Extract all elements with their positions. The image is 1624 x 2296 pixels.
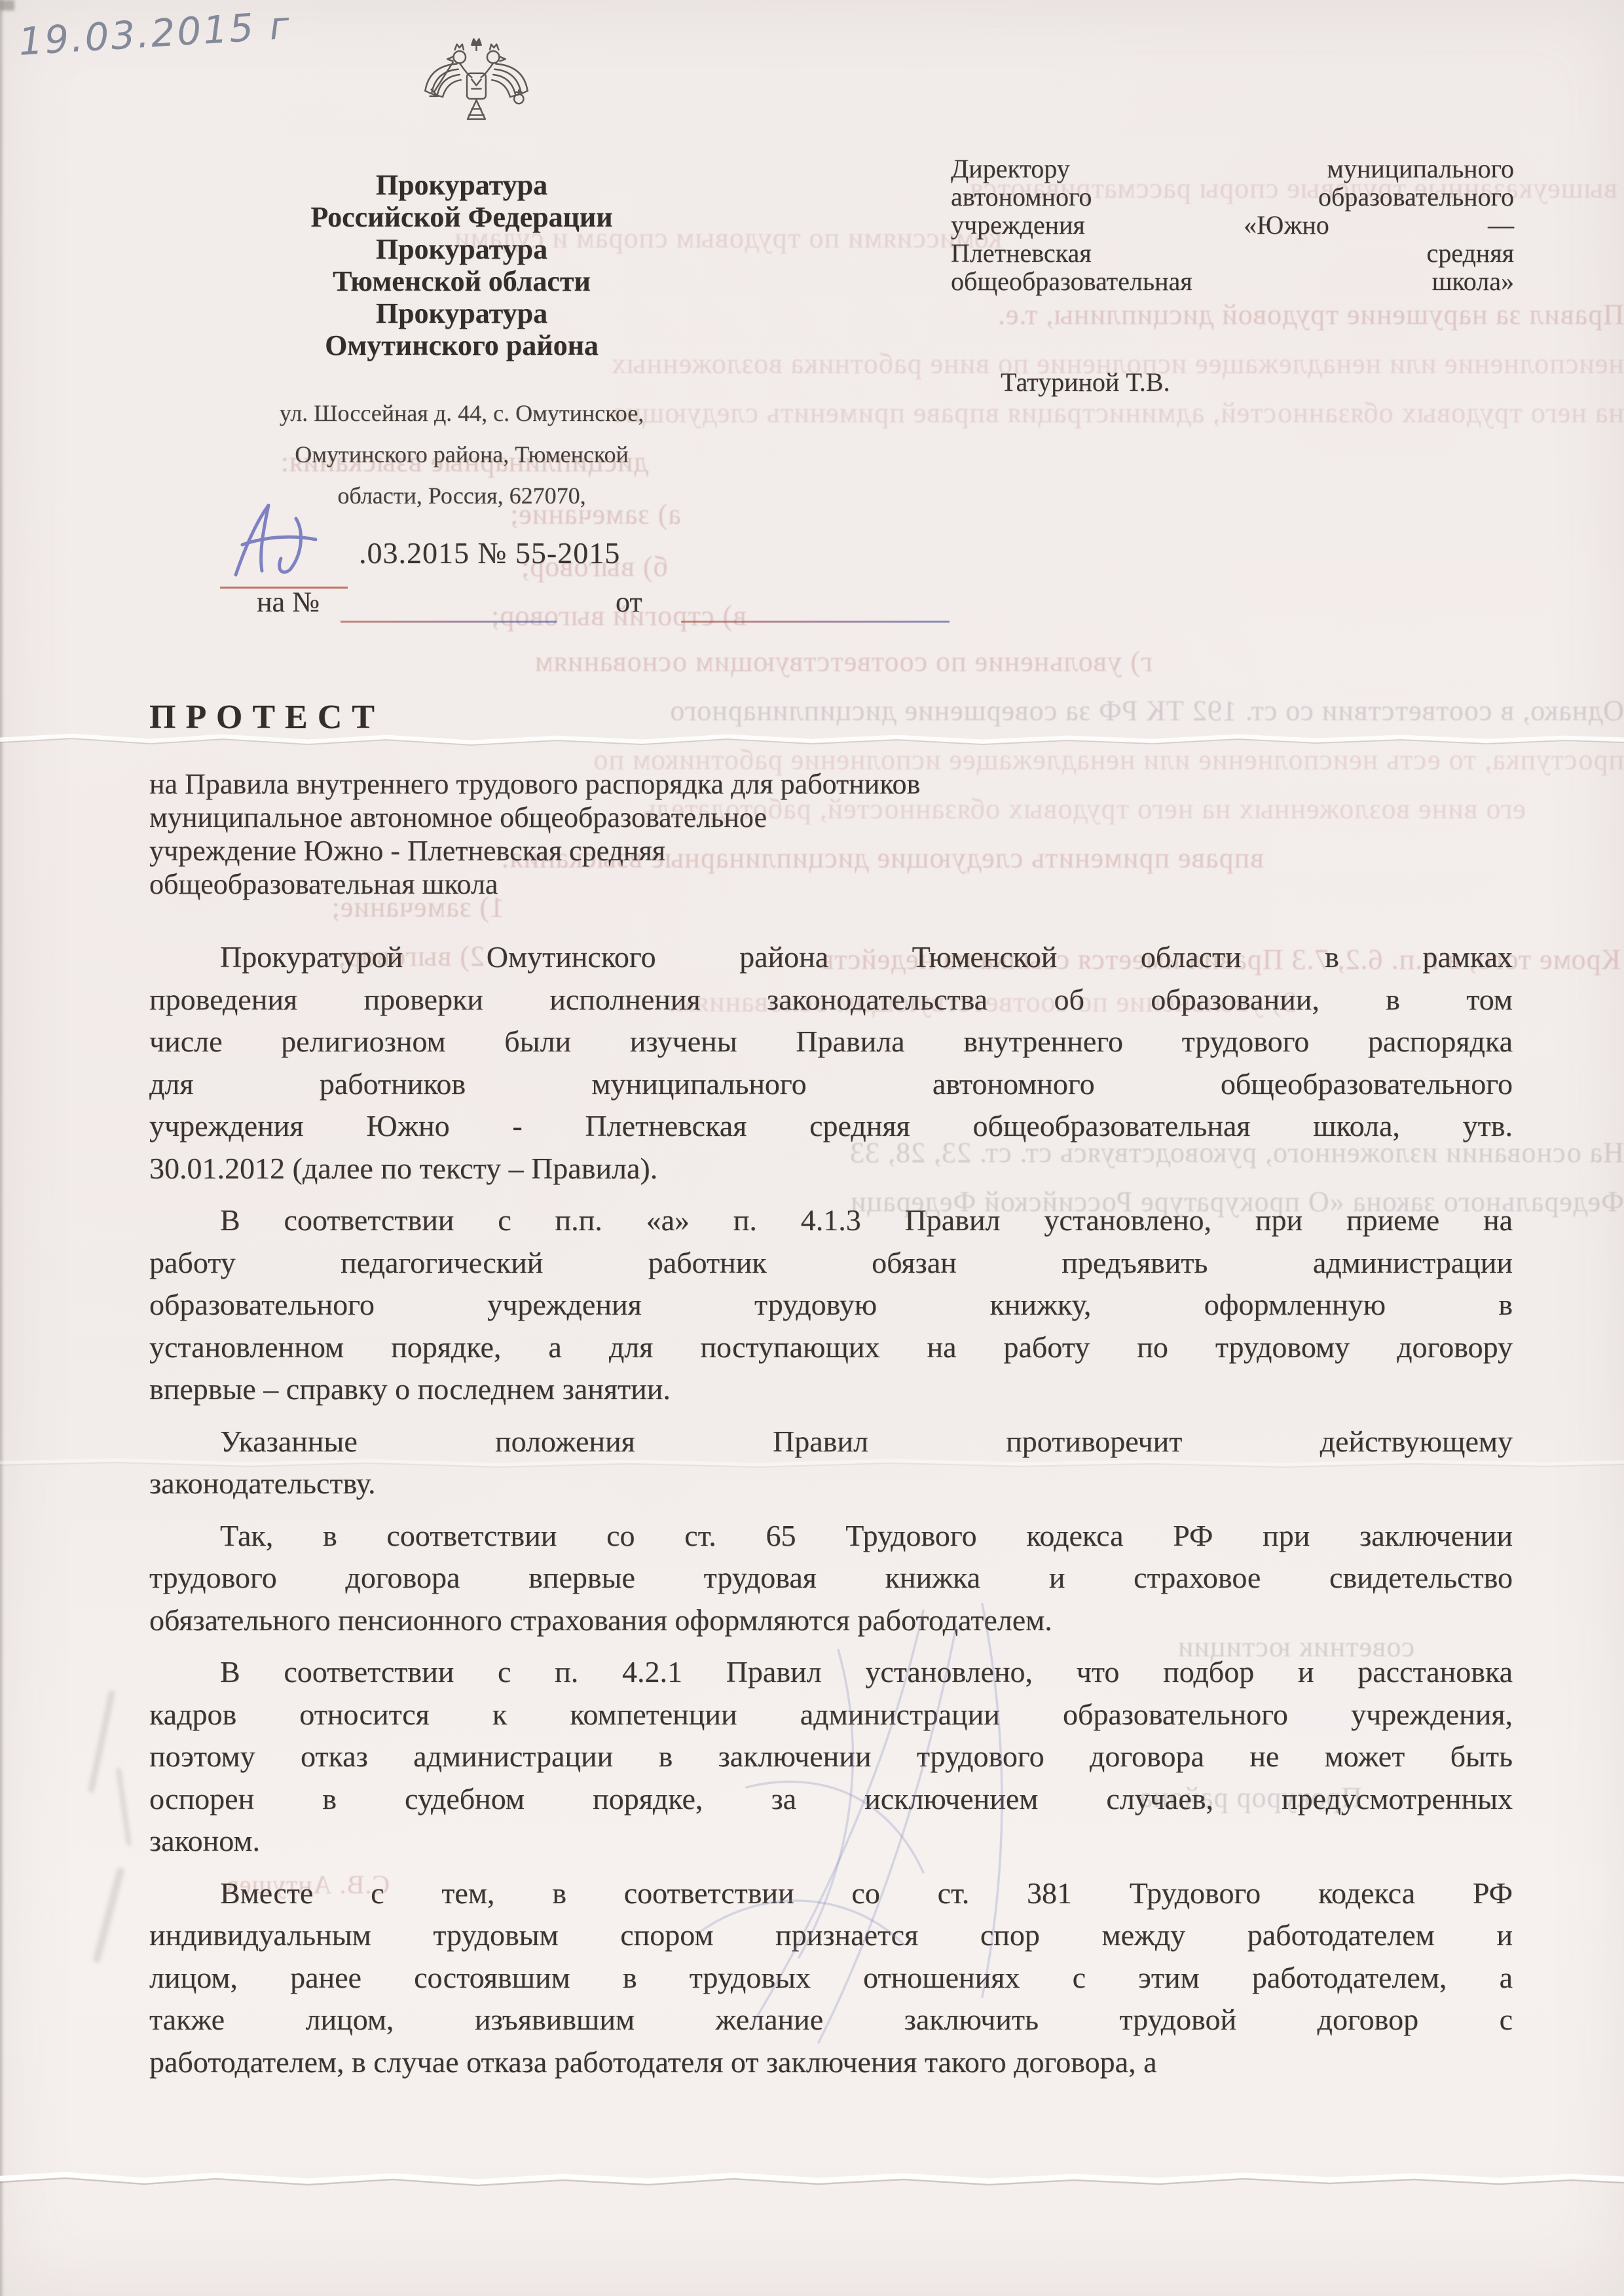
letterhead-line: Прокуратура xyxy=(170,297,753,329)
body-line: числе религиозном были изучены Правила в… xyxy=(149,1021,1513,1063)
recipient-line: общеобразовательная школа» xyxy=(951,267,1514,295)
body-line: кадров относится к компетенции администр… xyxy=(149,1694,1513,1736)
body-line: Так, в соответствии со ст. 65 Трудового … xyxy=(149,1515,1513,1558)
body-line: обязательного пенсионного страхования оф… xyxy=(149,1599,1513,1642)
reference-underline xyxy=(341,621,557,623)
recipient-line: автономного образовательного xyxy=(951,183,1514,211)
smudge-mark xyxy=(116,1768,132,1846)
protest-subject: на Правила внутреннего трудового распоря… xyxy=(149,767,1263,901)
document-page: вышеуказанные трудовые споры рассматрива… xyxy=(0,0,1624,2296)
subject-line: муниципальное автономное общеобразовател… xyxy=(149,801,1263,834)
body-line: В соответствии с п. 4.2.1 Правил установ… xyxy=(149,1651,1513,1694)
letterhead-line: Омутинского района xyxy=(170,329,753,361)
paragraph: Так, в соответствии со ст. 65 Трудового … xyxy=(149,1515,1513,1642)
protest-title: ПРОТЕСТ xyxy=(149,698,384,737)
reference-ot-label: от xyxy=(616,585,642,619)
handwritten-day-scribble xyxy=(216,498,357,589)
body-line: 30.01.2012 (далее по тексту – Правила). xyxy=(149,1148,1513,1190)
body-line: работу педагогический работник обязан пр… xyxy=(149,1242,1513,1285)
letterhead-line: Российской Федерации xyxy=(170,201,753,233)
paragraph: В соответствии с п. 4.2.1 Правил установ… xyxy=(149,1651,1513,1863)
recipient-line: Плетневская средняя xyxy=(951,239,1514,267)
recipient-line: Директору муниципального xyxy=(951,155,1514,183)
subject-line: общеобразовательная школа xyxy=(149,867,1263,901)
address-line: Омутинского района, Тюменской xyxy=(170,434,753,475)
letterhead-line: Тюменской области xyxy=(170,265,753,297)
body-line: законом. xyxy=(149,1820,1513,1863)
body-line: работодателем, в случае отказа работодат… xyxy=(149,2041,1513,2084)
recipient-line: учреждения «Южно — xyxy=(951,211,1514,239)
smudge-mark xyxy=(92,1867,125,1963)
handwritten-date: 19.03.2015 г xyxy=(17,0,360,64)
body-line: впервые – справку о последнем занятии. xyxy=(149,1368,1513,1411)
document-number: .03.2015 № 55-2015 xyxy=(359,536,620,570)
body-text: Прокуратурой Омутинского района Тюменско… xyxy=(149,936,1513,2093)
paragraph: Указанные положения Правил противоречит … xyxy=(149,1421,1513,1505)
body-line: Вместе с тем, в соответствии со ст. 381 … xyxy=(149,1872,1513,1915)
body-line: для работников муниципального автономног… xyxy=(149,1063,1513,1106)
bleedthrough-line: Правил за нарушение трудовой дисциплины,… xyxy=(943,298,1624,331)
recipient-block: Директору муниципального автономного обр… xyxy=(951,155,1514,295)
paragraph: Прокуратурой Омутинского района Тюменско… xyxy=(149,936,1513,1190)
body-line: оспорен в судебном порядке, за исключени… xyxy=(149,1778,1513,1821)
subject-line: на Правила внутреннего трудового распоря… xyxy=(149,767,1263,801)
body-line: Прокуратурой Омутинского района Тюменско… xyxy=(149,936,1513,979)
subject-line: учреждение Южно - Плетневская средняя xyxy=(149,834,1263,867)
letterhead-line: Прокуратура xyxy=(170,169,753,201)
letterhead: Прокуратура Российской Федерации Прокура… xyxy=(170,169,753,361)
body-line: поэтому отказ администрации в заключении… xyxy=(149,1736,1513,1778)
reference-underline xyxy=(681,621,950,623)
body-line: законодательству. xyxy=(149,1463,1513,1505)
body-line: Указанные положения Правил противоречит … xyxy=(149,1421,1513,1463)
coat-of-arms-icon xyxy=(418,31,536,146)
paragraph: Вместе с тем, в соответствии со ст. 381 … xyxy=(149,1872,1513,2084)
scan-corner-mark xyxy=(0,0,14,10)
recipient-name: Татуриной Т.В. xyxy=(1001,367,1170,397)
paragraph: В соответствии с п.п. «а» п. 4.1.3 Прави… xyxy=(149,1199,1513,1411)
smudge-mark xyxy=(87,1690,115,1794)
body-line: В соответствии с п.п. «а» п. 4.1.3 Прави… xyxy=(149,1199,1513,1242)
body-line: учреждения Южно - Плетневская средняя об… xyxy=(149,1105,1513,1148)
body-line: установленном порядке, а для поступающих… xyxy=(149,1326,1513,1369)
letterhead-line: Прокуратура xyxy=(170,233,753,265)
body-line: образовательного учреждения трудовую кни… xyxy=(149,1284,1513,1326)
address-line: ул. Шоссейная д. 44, с. Омутинское, xyxy=(170,393,753,434)
body-line: также лицом, изъявившим желание заключит… xyxy=(149,1999,1513,2041)
bleedthrough-line: г) увольнение по соответствующим основан… xyxy=(314,645,1153,678)
bleedthrough-line: в) строгий выговор; xyxy=(380,599,747,632)
body-line: проведения проверки исполнения законодат… xyxy=(149,979,1513,1021)
body-line: индивидуальным трудовым спором признаетс… xyxy=(149,1914,1513,1957)
paper-fold-crease xyxy=(0,2167,1624,2194)
scan-left-edge-shadow xyxy=(0,0,5,2296)
reference-na-label: на № xyxy=(257,585,320,619)
body-line: трудового договора впервые трудовая книж… xyxy=(149,1557,1513,1599)
body-line: лицом, ранее состоявшим в трудовых отнош… xyxy=(149,1957,1513,1999)
